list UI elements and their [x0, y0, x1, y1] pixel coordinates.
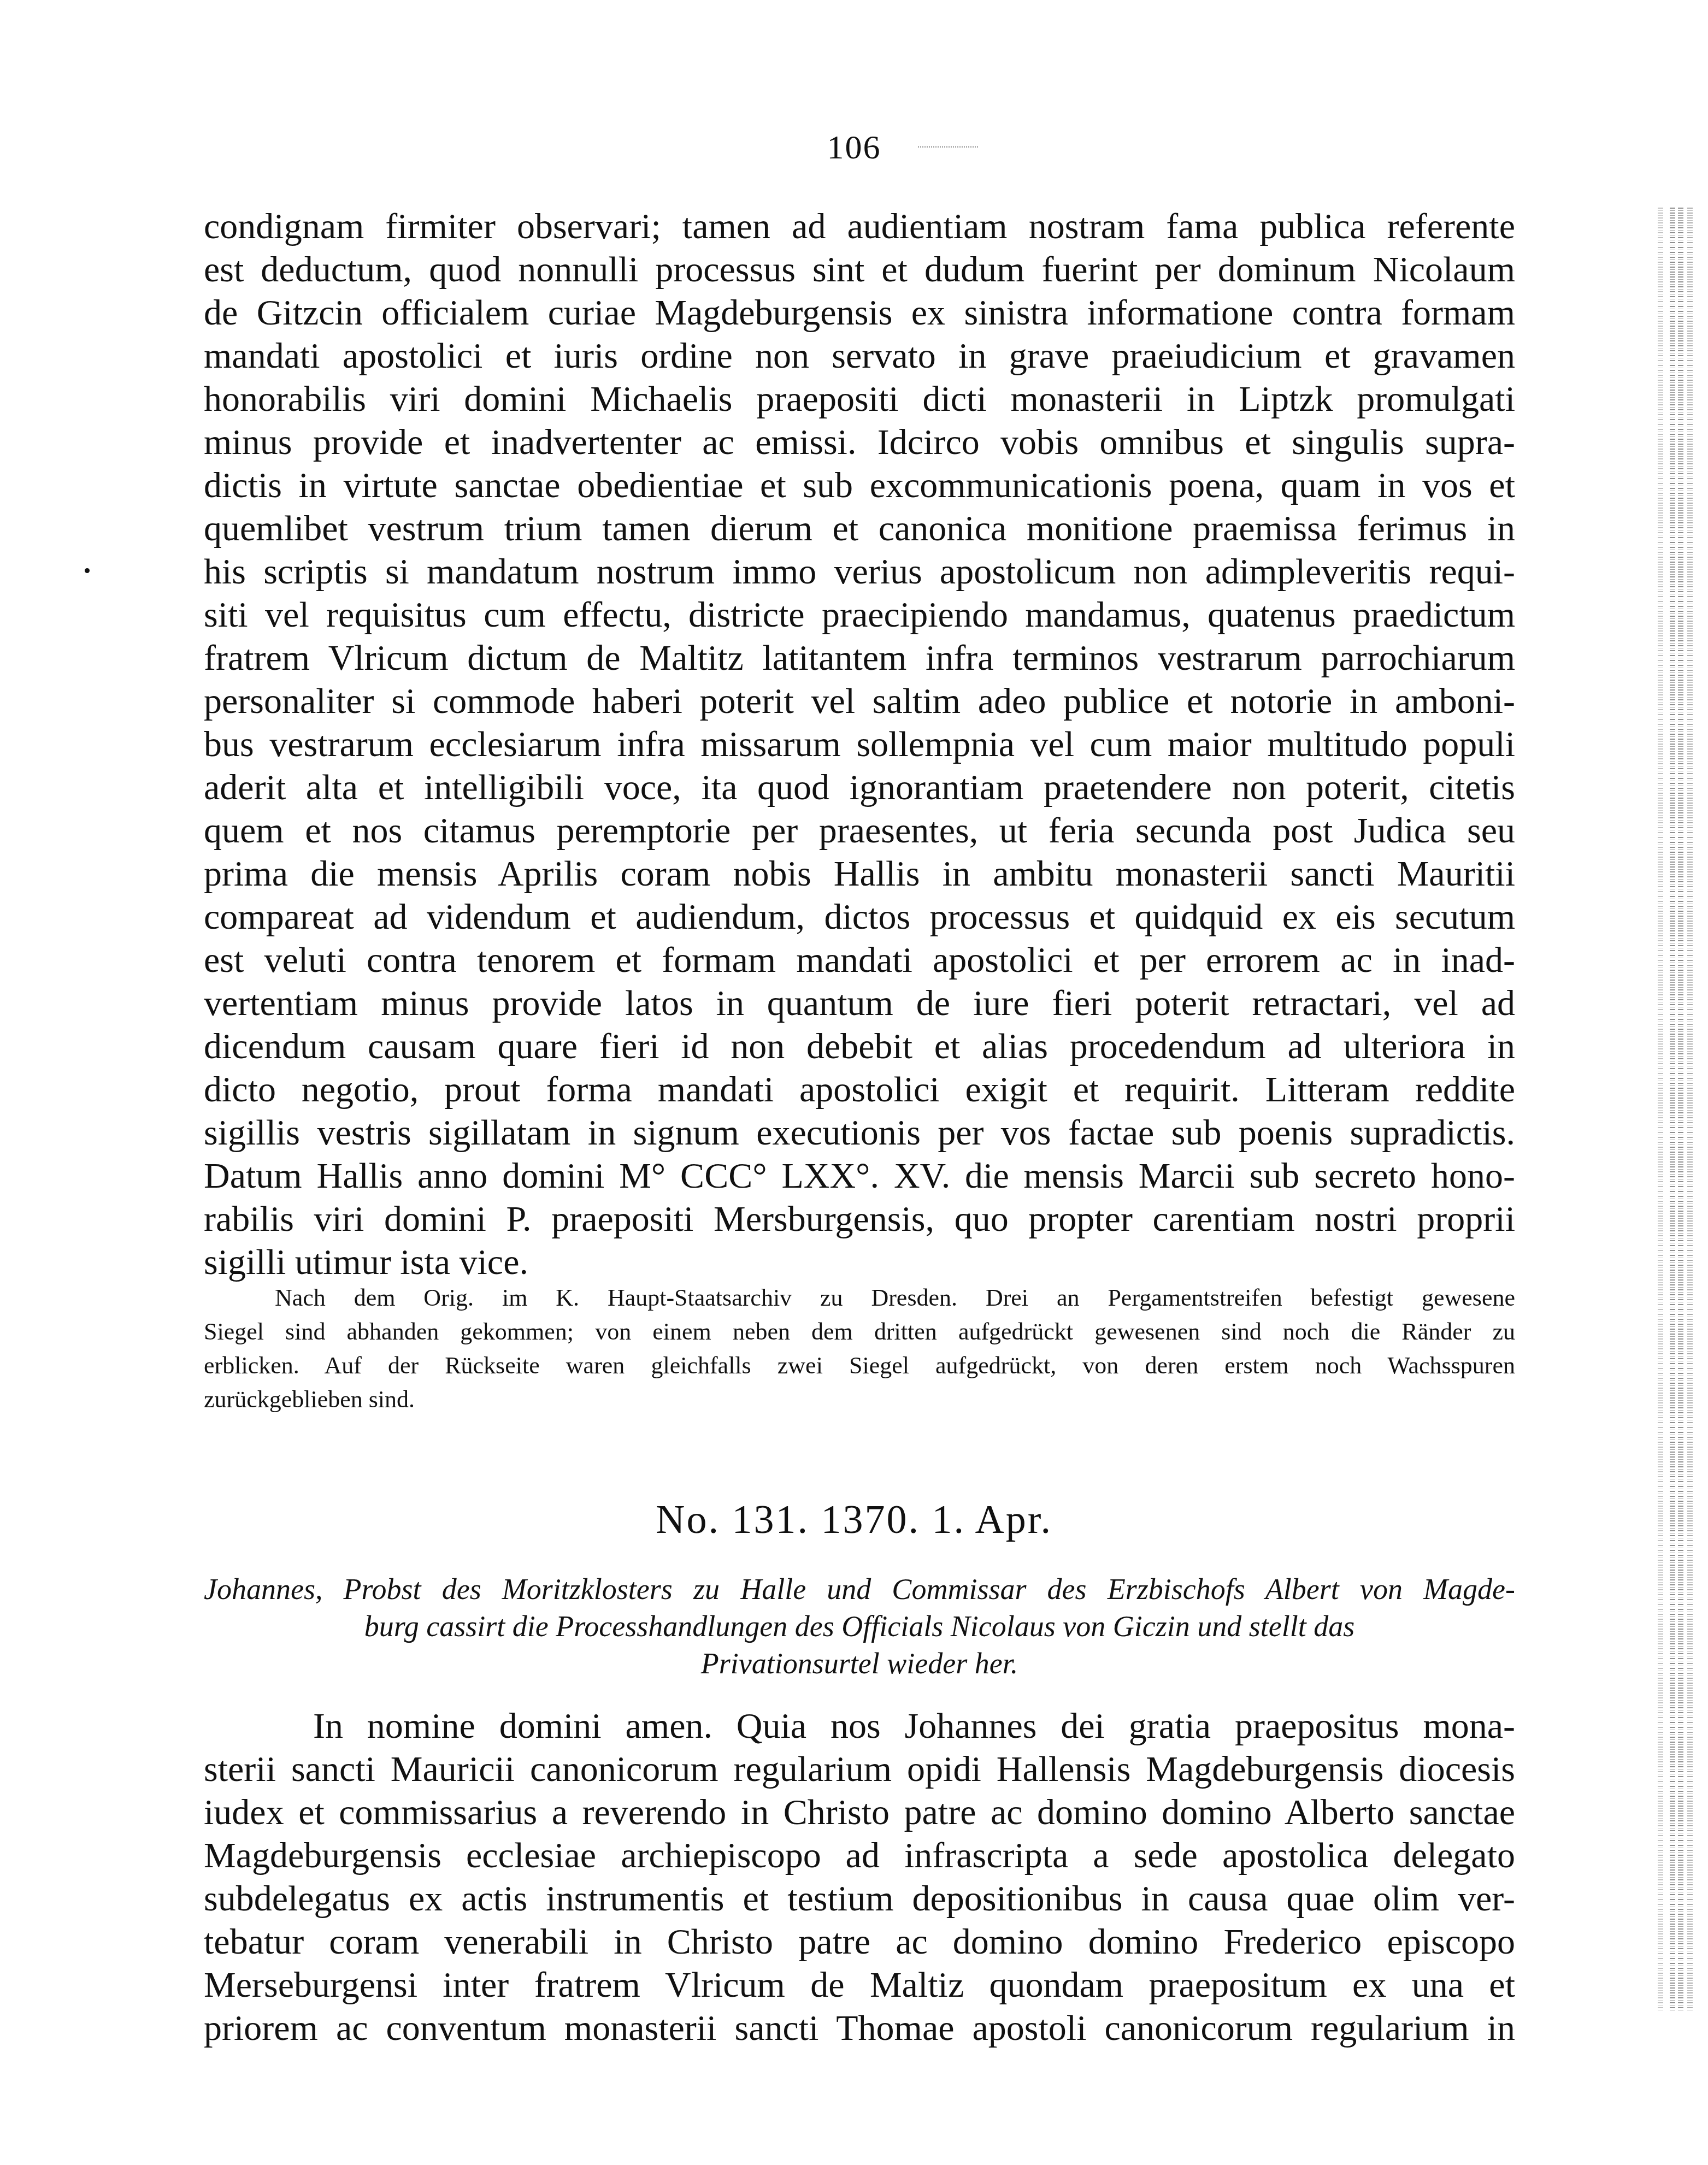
text-line: dictis in virtute sanctae obedientiae et…: [204, 464, 1515, 507]
text-line: sigilli utimur ista vice.: [204, 1241, 1515, 1284]
page-number: 106: [0, 128, 1708, 167]
text-line: condignam firmiter observari; tamen ad a…: [204, 205, 1515, 248]
second-text-block: In nomine domini amen. Quia nos Johannes…: [204, 1704, 1515, 2050]
text-line: dicto negotio, prout forma mandati apost…: [204, 1068, 1515, 1111]
text-line: subdelegatus ex actis instrumentis et te…: [204, 1877, 1515, 1920]
text-line: rabilis viri domini P. praepositi Mersbu…: [204, 1197, 1515, 1241]
document-summary: Johannes, Probst des Moritzklosters zu H…: [204, 1571, 1515, 1682]
text-line: mandati apostolici et iuris ordine non s…: [204, 334, 1515, 377]
footnote-line: Nach dem Orig. im K. Haupt-Staatsarchiv …: [204, 1281, 1515, 1315]
text-line: sigillis vestris sigillatam in signum ex…: [204, 1111, 1515, 1154]
text-line: Datum Hallis anno domini M° CCC° LXX°. X…: [204, 1154, 1515, 1197]
scan-edge-artifact: [1648, 208, 1708, 2010]
text-line: Merseburgensi inter fratrem Vlricum de M…: [204, 1963, 1515, 2007]
text-line: aderit alta et intelligibili voce, ita q…: [204, 766, 1515, 809]
text-line: prima die mensis Aprilis coram nobis Hal…: [204, 852, 1515, 895]
summary-line: Johannes, Probst des Moritzklosters zu H…: [204, 1571, 1515, 1608]
text-line: dicendum causam quare fieri id non debeb…: [204, 1025, 1515, 1068]
text-line: est deductum, quod nonnulli processus si…: [204, 248, 1515, 291]
summary-line: Privationsurtel wieder her.: [204, 1645, 1515, 1682]
text-line: compareat ad videndum et audiendum, dict…: [204, 895, 1515, 939]
text-line: bus vestrarum ecclesiarum infra missarum…: [204, 723, 1515, 766]
text-line: fratrem Vlricum dictum de Maltitz latita…: [204, 636, 1515, 680]
text-line: honorabilis viri domini Michaelis praepo…: [204, 377, 1515, 421]
footnote-line: erblicken. Auf der Rückseite waren gleic…: [204, 1349, 1515, 1383]
text-line: In nomine domini amen. Quia nos Johannes…: [204, 1704, 1515, 1748]
main-text-block: condignam firmiter observari; tamen ad a…: [204, 205, 1515, 1284]
footnote: Nach dem Orig. im K. Haupt-Staatsarchiv …: [204, 1281, 1515, 1417]
text-line: est veluti contra tenorem et formam mand…: [204, 939, 1515, 982]
footnote-line: zurückgeblieben sind.: [204, 1383, 1515, 1417]
text-line: sterii sancti Mauricii canonicorum regul…: [204, 1748, 1515, 1791]
text-line: iudex et commissarius a reverendo in Chr…: [204, 1791, 1515, 1834]
document-heading: No. 131. 1370. 1. Apr.: [0, 1497, 1708, 1543]
summary-line: burg cassirt die Processhandlungen des O…: [204, 1608, 1515, 1645]
text-line: vertentiam minus provide latos in quantu…: [204, 982, 1515, 1025]
text-line: priorem ac conventum monasterii sancti T…: [204, 2007, 1515, 2050]
text-line: his scriptis si mandatum nostrum immo ve…: [204, 550, 1515, 593]
text-line: quem et nos citamus peremptorie per prae…: [204, 809, 1515, 852]
footnote-line: Siegel sind abhanden gekommen; von einem…: [204, 1315, 1515, 1349]
text-line: siti vel requisitus cum effectu, distric…: [204, 593, 1515, 636]
text-line: Magdeburgensis ecclesiae archiepiscopo a…: [204, 1834, 1515, 1877]
margin-dot: [85, 568, 90, 573]
text-line: tebatur coram venerabili in Christo patr…: [204, 1920, 1515, 1963]
text-line: minus provide et inadvertenter ac emissi…: [204, 421, 1515, 464]
text-line: quemlibet vestrum trium tamen dierum et …: [204, 507, 1515, 550]
text-line: personaliter si commode haberi poterit v…: [204, 680, 1515, 723]
page-number-rule: [918, 146, 978, 148]
text-line: de Gitzcin officialem curiae Magdeburgen…: [204, 291, 1515, 334]
